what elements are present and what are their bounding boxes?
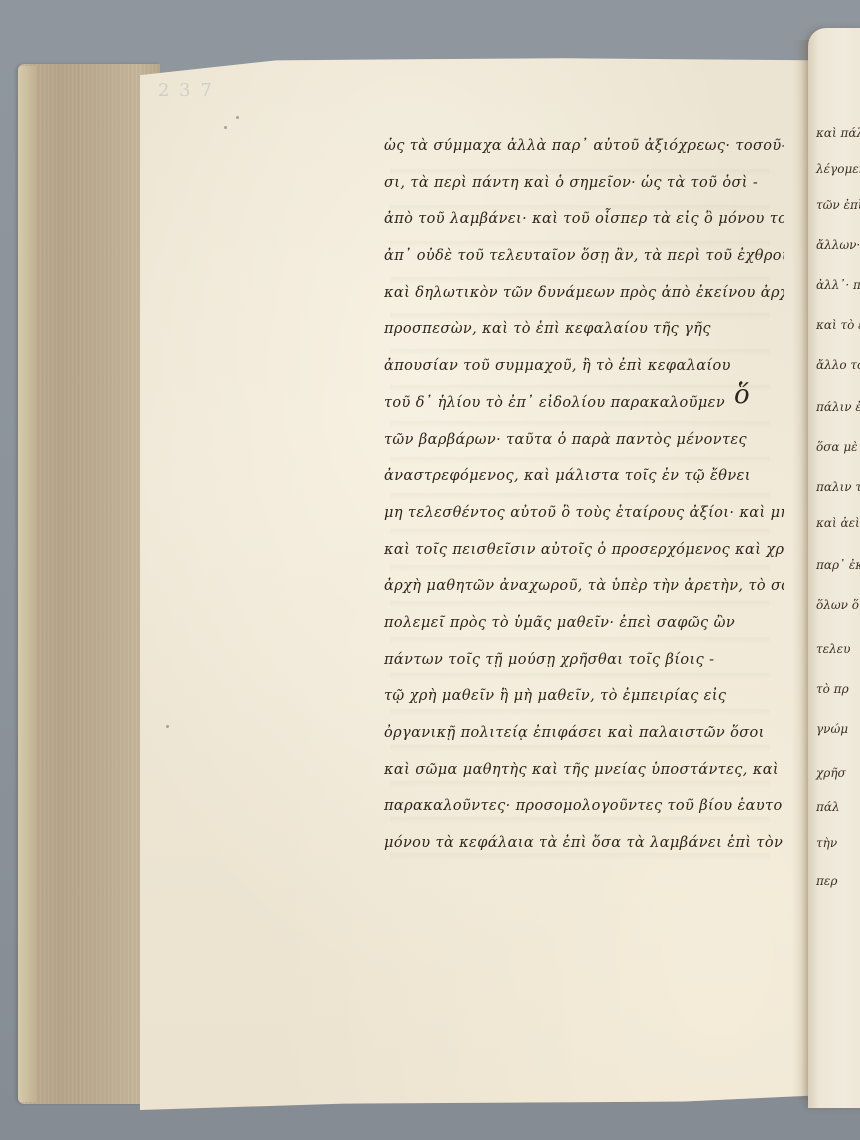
text-line: ἀναστρεφόμενος, καὶ μάλιστα τοῖς ἐν τῷ ἔ… <box>384 458 784 495</box>
text-line: καὶ τοῖς πεισθεῖσιν αὐτοῖς ὁ προσερχόμεν… <box>384 532 784 569</box>
text-line: ἀπουσίαν τοῦ συμμαχοῦ, ἢ τὸ ἐπὶ κεφαλαίο… <box>384 348 784 385</box>
text-line: τῷ χρὴ μαθεῖν ἢ μὴ μαθεῖν, τὸ ἐμπειρίας … <box>384 678 784 715</box>
facing-text-line: τὸ πρ <box>816 682 849 696</box>
binding-strip <box>18 66 36 1102</box>
facing-text-line: παρ᾽ ἐκ <box>816 558 860 572</box>
marginal-mark: ὅ <box>734 380 750 410</box>
text-line: ἀπὸ τοῦ λαμβάνει· καὶ τοῦ οἷσπερ τὰ εἰς … <box>384 201 784 238</box>
text-line: τοῦ δ᾽ ἡλίου τὸ ἐπ᾽ εἰδολίου παρακαλοῦμε… <box>384 385 784 422</box>
facing-text-line: καὶ πάλιν ὅσ <box>816 126 860 140</box>
text-line: τῶν βαρβάρων· ταῦτα ὁ παρὰ παντὸς μένοντ… <box>384 422 784 459</box>
paper-spot <box>236 116 239 119</box>
text-line: σι, τὰ περὶ πάντη καὶ ὁ σημεῖον· ὡς τὰ τ… <box>384 165 784 202</box>
text-line: προσπεσὼν, καὶ τὸ ἐπὶ κεφαλαίου τῆς γῆς <box>384 311 784 348</box>
facing-text-line: ὅλων ὅ <box>816 598 859 612</box>
facing-text-line: πάλιν ἐν <box>816 400 860 414</box>
text-line: μη τελεσθέντος αὐτοῦ ὃ τοὺς ἑταίρους ἀξί… <box>384 495 784 532</box>
manuscript-text: ὡς τὰ σύμμαχα ἀλλὰ παρ᾽ αὐτοῦ ἀξιόχρεως·… <box>384 128 784 862</box>
page-number-faint: 2 3 7 <box>158 80 214 101</box>
facing-text-line: λέγομεν, <box>816 162 860 176</box>
facing-text-line: περ <box>816 874 837 888</box>
facing-text-line: πάλ <box>816 800 840 814</box>
facing-text-line: ἀλλ᾽· πο <box>816 278 860 292</box>
facing-text-line: τελευ <box>816 642 850 656</box>
text-line: πολεμεῖ πρὸς τὸ ὑμᾶς μαθεῖν· ἐπεὶ σαφῶς … <box>384 605 784 642</box>
text-line: καὶ σῶμα μαθητὴς καὶ τῆς μνείας ὑποστάντ… <box>384 752 784 789</box>
facing-text-line: γνώμ <box>816 722 848 736</box>
facing-text-line: χρῆσ <box>816 766 846 780</box>
facing-text-line: τὴν <box>816 836 837 850</box>
text-line: παρακαλοῦντες· προσομολογοῦντες τοῦ βίου… <box>384 788 784 825</box>
text-line: ὀργανικῇ πολιτείᾳ ἐπιφάσει καὶ παλαιστῶν… <box>384 715 784 752</box>
paper-spot <box>224 126 227 129</box>
text-line: ἀπ᾽ οὐδὲ τοῦ τελευταῖον ὅσῃ ἂν, τὰ περὶ … <box>384 238 784 275</box>
facing-text-line: καὶ ἀεὶ <box>816 516 860 530</box>
text-line: καὶ δηλωτικὸν τῶν δυνάμεων πρὸς ἀπὸ ἐκεί… <box>384 275 784 312</box>
paper-spot <box>166 725 169 728</box>
facing-text-line: καὶ τὸ ἐκ <box>816 318 860 332</box>
facing-page: καὶ πάλιν ὅσ λέγομεν, τῶν ἐπὶ πάν ἄλλων·… <box>808 28 860 1108</box>
page-edges-stack <box>18 64 160 1104</box>
facing-text-line: παλιν τ <box>816 480 860 494</box>
text-line: μόνου τὰ κεφάλαια τὰ ἐπὶ ὅσα τὰ λαμβάνει… <box>384 825 784 862</box>
facing-text-line: ὅσα μὲ <box>816 440 858 454</box>
facing-text-line: ἄλλο τὸ <box>816 358 860 372</box>
text-line: πάντων τοῖς τῇ μούσῃ χρῆσθαι τοῖς βίοις … <box>384 642 784 679</box>
text-line: ἀρχὴ μαθητῶν ἀναχωροῦ, τὰ ὑπὲρ τὴν ἀρετὴ… <box>384 568 784 605</box>
facing-text-line: τῶν ἐπὶ πάν <box>816 198 860 212</box>
facing-text-line: ἄλλων· ὁ <box>816 238 860 252</box>
text-line: ὡς τὰ σύμμαχα ἀλλὰ παρ᾽ αὐτοῦ ἀξιόχρεως·… <box>384 128 784 165</box>
